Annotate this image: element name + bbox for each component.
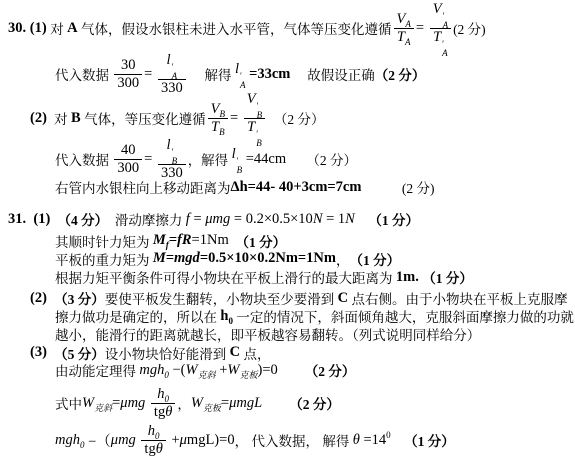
answer-sheet-page: 30. (1) 对 A 气体，假设水银柱未进入水平管，气体等压变化遵循VATA=… (0, 0, 575, 464)
text-segment: N (345, 211, 355, 228)
text-segment: h0 (148, 423, 160, 440)
fraction: l′B330 (158, 137, 186, 182)
fraction: l′A330 (158, 52, 186, 97)
text-segment: （2 分） (375, 64, 426, 84)
line-31-part1-gravity-torque: 平板的重力矩为 M=mgd=0.5×10×0.2Nm=1Nm，（1 分） (55, 249, 400, 268)
text-segment: （2 分） (267, 108, 324, 128)
text-segment: 30 (121, 57, 136, 74)
text-segment: =140 (360, 432, 391, 449)
text-segment (391, 430, 405, 450)
text-segment: θ (353, 432, 360, 449)
text-segment: 点右侧。由于小物块在平板上克服摩 (348, 288, 567, 308)
text-segment: =1Nm (192, 232, 229, 249)
text-segment: h0 (157, 386, 169, 403)
text-segment: μmgL (229, 395, 262, 412)
text-segment: （2 分） (289, 393, 340, 413)
text-segment: （1 分） (404, 430, 455, 450)
text-segment: l′B (232, 146, 243, 173)
text-segment: （1 分） (368, 209, 419, 229)
text-segment: h0 (220, 308, 233, 325)
line-31-part3-energy-theorem: 由动能定理得 mgh0 −(W克斜 +W克板)=0 （2 分） (55, 356, 355, 384)
fraction: h0tgθ (151, 386, 175, 420)
text-segment: 气体，等压变化遵循 (81, 108, 206, 128)
line-30-part2-substitute: 代入数据 40300= l′B330，解得 l′B =44cm （2 分） (55, 140, 357, 178)
text-segment: 代入数据 (55, 64, 112, 84)
line-30-part2-law: (2) 对 B 气体，等压变化遵循VBTB= V′BT′B （2 分） (30, 97, 325, 139)
text-segment: 根据力矩平衡条件可得小物块在平板上滑行的最大距离为 (55, 267, 396, 287)
text-segment: l′A (167, 52, 178, 79)
line-31-part2-c: 越小，能滑行的距离就越长，即平板越容易翻转。（列式说明同样给分） (55, 325, 480, 343)
text-segment: V′A (433, 1, 448, 28)
text-segment: T′A (433, 29, 448, 56)
text-segment: M=mgd (153, 250, 200, 267)
text-segment: (2 分) (453, 18, 486, 38)
text-segment: mgh0 (55, 432, 84, 449)
text-segment (278, 360, 305, 380)
text-segment: W克板 (191, 395, 221, 412)
text-segment: 滑动摩擦力 (108, 209, 186, 229)
text-segment: 40 (121, 142, 136, 159)
text-segment: N (313, 211, 323, 228)
text-segment: C (338, 290, 348, 307)
text-segment: （1 分） (235, 231, 286, 251)
text-segment: = (190, 211, 205, 228)
text-segment: 右管内水银柱向上移动距离为 (55, 177, 231, 197)
text-segment: tg (144, 441, 155, 458)
text-segment: l′B (167, 137, 178, 164)
text-segment: ，解得 (188, 149, 232, 169)
text-segment: 平板的重力矩为 (55, 249, 153, 269)
line-31-part3-work-terms: 式中W克斜=μmg h0tgθ，W克板=μmgL （2 分） (55, 386, 340, 420)
text-segment: 式中 (55, 393, 82, 413)
text-segment: −（ (84, 430, 110, 451)
text-segment: 300 (117, 75, 139, 92)
text-segment: =0.5×10×0.2Nm=1Nm (200, 250, 336, 267)
text-segment: 300 (117, 160, 139, 177)
text-segment: 解得 (188, 64, 235, 84)
text-segment: 1m. (396, 269, 419, 286)
text-segment (145, 395, 149, 412)
text-segment: ， (336, 249, 350, 269)
text-segment: ， 代入数据， 解得 (235, 430, 353, 450)
text-segment: ， (177, 393, 191, 413)
text-segment: (2 分) (361, 177, 434, 197)
line-31-part3-final: mgh0 −（μmg h0tgθ +μmgL)=0， 代入数据， 解得 θ =1… (55, 421, 455, 459)
text-segment (136, 432, 140, 449)
line-31-part2-a: (2) （3 分）要使平板发生翻转，小物块至少要滑到 C 点右侧。由于小物块在平… (30, 289, 568, 307)
text-segment: =44cm (242, 151, 286, 168)
text-segment: Mf (153, 232, 169, 249)
text-segment: )=0 (258, 362, 278, 379)
text-segment: 要使平板发生翻转，小物块至少要滑到 (105, 288, 338, 308)
fraction: VATA (394, 11, 414, 45)
text-segment: (2) (30, 110, 54, 127)
text-segment: TB (211, 119, 225, 136)
text-segment: （4 分） (58, 209, 109, 229)
text-segment: + (216, 362, 228, 379)
text-segment: W克斜 (82, 395, 112, 412)
text-segment: =33cm (245, 66, 290, 83)
text-segment: 故假设正确 (290, 64, 374, 84)
text-segment: 30. (1) (8, 20, 50, 37)
text-segment: 330 (161, 80, 183, 97)
text-segment: （1 分） (349, 249, 400, 269)
line-31-part1-friction: 31. (1) （4 分） 滑动摩擦力 f = μmg = 0.2×0.5×10… (8, 208, 419, 230)
text-segment: = (416, 20, 428, 37)
text-segment: 对 (50, 18, 67, 38)
text-segment: tg (154, 404, 165, 421)
text-segment: mgL)=0 (187, 432, 235, 449)
text-segment: （2 分） (286, 149, 357, 169)
text-segment: = 0.2×0.5×10 (230, 211, 313, 228)
text-segment: = (230, 110, 242, 127)
text-segment: 其顺时针力矩为 (55, 231, 153, 251)
text-segment: VB (211, 101, 225, 118)
text-segment: 越小，能滑行的距离就越长，即平板越容易翻转。（列式说明同样给分） (55, 324, 480, 344)
text-segment: （2 分） (305, 360, 356, 380)
text-segment: + (168, 432, 180, 449)
fraction: h0tgθ (141, 423, 165, 457)
text-segment: 对 (54, 108, 71, 128)
text-segment: mgh0 (139, 362, 168, 379)
fraction: V′BT′B (244, 91, 265, 146)
line-30-part1-law: 30. (1) 对 A 气体，假设水银柱未进入水平管，气体等压变化遵循VATA=… (8, 6, 486, 50)
text-segment: 一定的情况下，斜面倾角越大，克服斜面摩擦力做的功就 (233, 306, 574, 326)
text-segment: = 1 (322, 211, 345, 228)
text-segment (262, 393, 289, 413)
text-segment: W克斜 (186, 362, 216, 379)
text-segment: 擦力做功是确定的，所以在 (55, 306, 220, 326)
text-segment: μmg (205, 211, 230, 228)
text-segment: = (221, 395, 229, 412)
text-segment: 气体，假设水银柱未进入水平管，气体等压变化遵循 (78, 18, 392, 38)
fraction: V′AT′A (430, 1, 451, 56)
line-31-part1-friction-torque: 其顺时针力矩为 Mf=fR=1Nm （1 分） (55, 231, 286, 250)
line-30-part2-result: 右管内水银柱向上移动距离为Δh=44- 40+3cm=7cm (2 分) (55, 177, 435, 197)
text-segment: 由动能定理得 (55, 360, 139, 380)
text-segment: θ (165, 404, 172, 421)
text-segment: 31. (1) (8, 211, 58, 228)
line-31-part1-conclusion: 根据力矩平衡条件可得小物块在平板上滑行的最大距离为 1m. （1 分） (55, 267, 473, 287)
text-segment: V′B (247, 91, 262, 118)
text-segment: （1 分） (422, 267, 473, 287)
text-segment: Δh=44- 40+3cm=7cm (231, 179, 362, 196)
text-segment: μmg (111, 432, 136, 449)
text-segment: 代入数据 (55, 149, 112, 169)
text-segment: W克板 (227, 362, 257, 379)
text-segment: (3) (30, 344, 54, 361)
fraction: 40300 (114, 142, 142, 176)
text-segment: A (67, 20, 77, 37)
line-30-part1-substitute: 代入数据 30300= l′A330 解得 l′A =33cm 故假设正确（2 … (55, 53, 425, 95)
text-segment: =fR (169, 232, 192, 249)
line-31-part2-b: 擦力做功是确定的，所以在 h0 一定的情况下，斜面倾角越大，克服斜面摩擦力做的功… (55, 307, 574, 325)
text-segment: （3 分） (54, 288, 105, 308)
text-segment (229, 233, 236, 249)
text-segment: TA (397, 29, 411, 46)
text-segment: = (144, 66, 156, 83)
text-segment: l′A (235, 61, 246, 88)
text-segment: (2) (30, 290, 54, 307)
text-segment: θ (156, 441, 163, 458)
text-segment: −( (169, 362, 186, 379)
fraction: 30300 (114, 57, 142, 91)
fraction: VBTB (208, 101, 228, 135)
text-segment: = (144, 151, 156, 168)
text-segment: B (71, 110, 81, 127)
text-segment: VA (397, 11, 411, 28)
text-segment: μmg (120, 395, 145, 412)
text-segment (355, 209, 369, 229)
text-segment: μ (180, 432, 187, 449)
